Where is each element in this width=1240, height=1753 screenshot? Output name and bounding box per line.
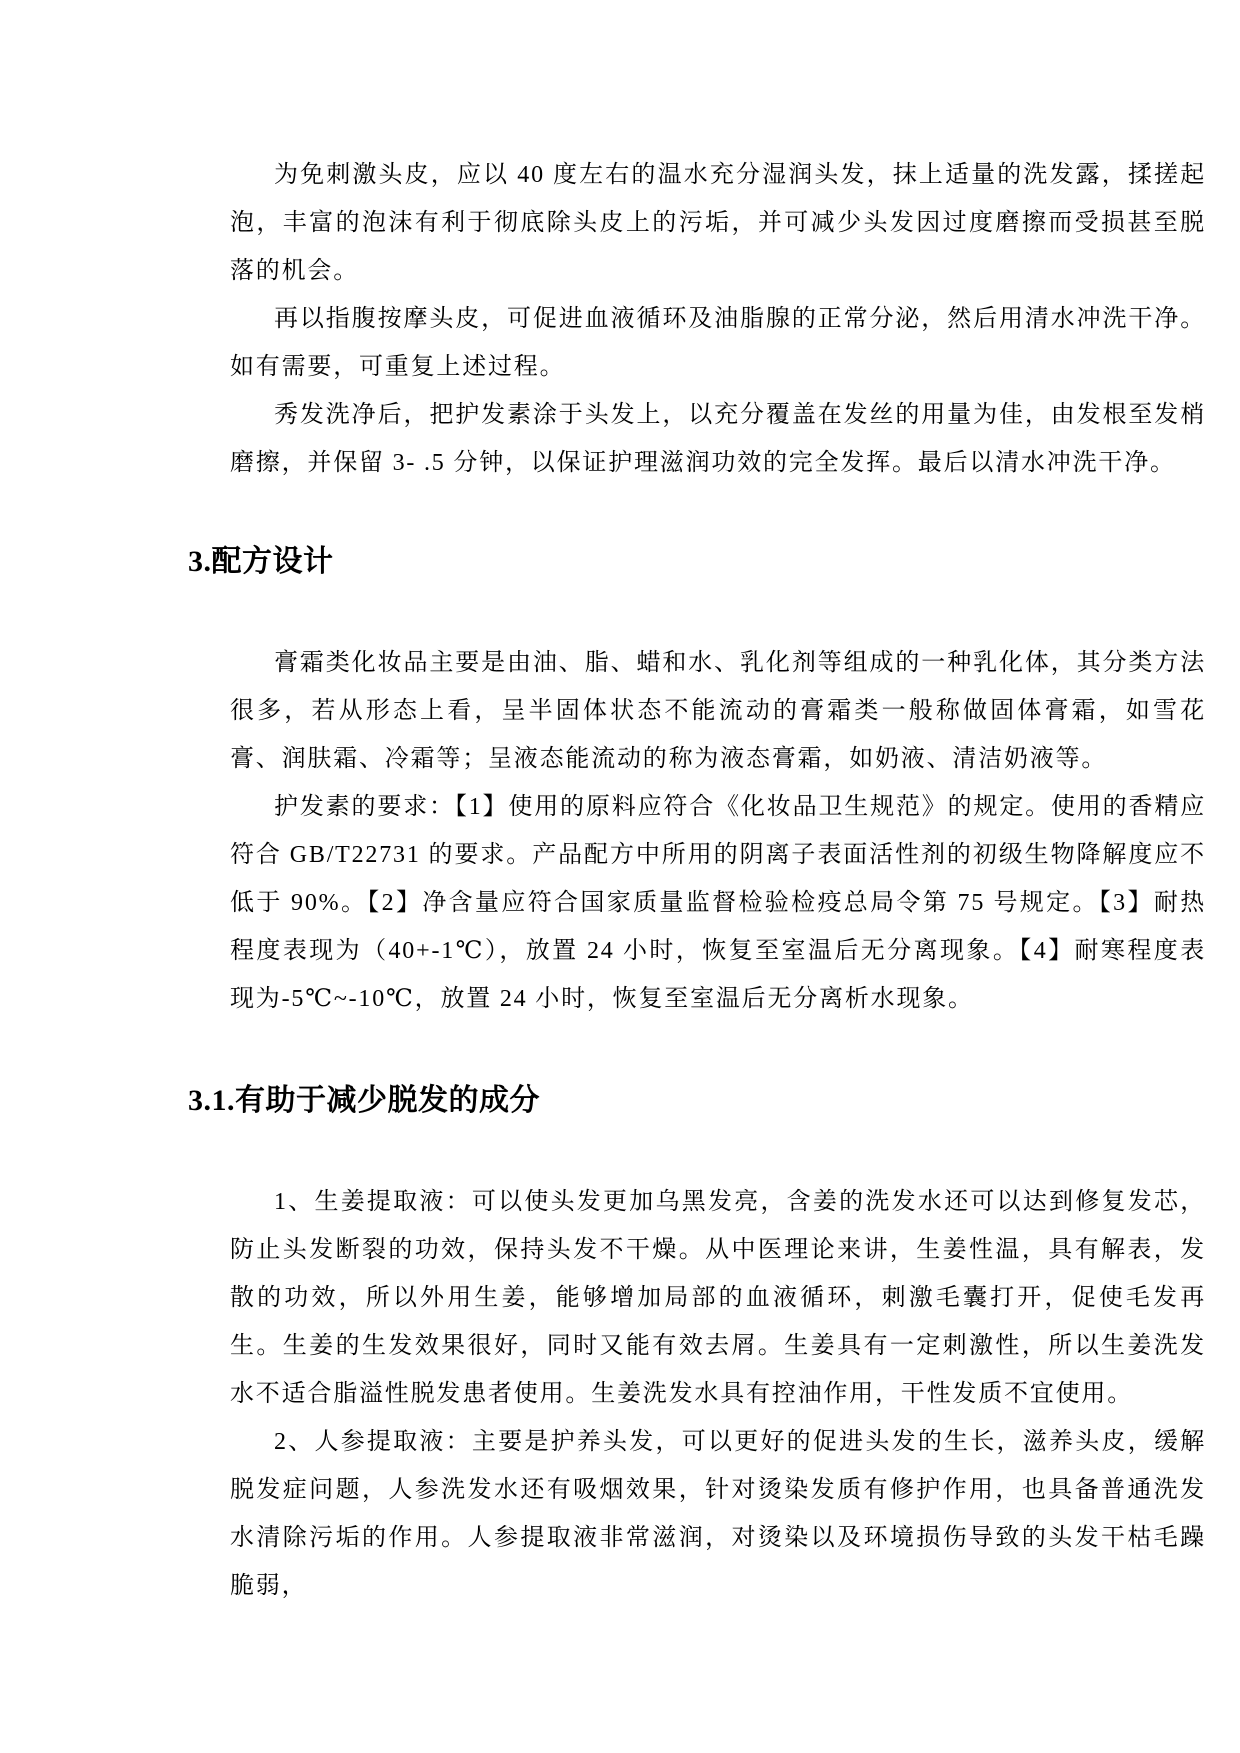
section-formula-design: 膏霜类化妆品主要是由油、脂、蜡和水、乳化剂等组成的一种乳化体，其分类方法很多，若… <box>230 639 1206 1023</box>
paragraph-conditioner-usage: 秀发洗净后，把护发素涂于头发上，以充分覆盖在发丝的用量为佳，由发根至发梢磨擦，并… <box>230 391 1206 487</box>
heading-formula-design: 3.配方设计 <box>188 540 1206 584</box>
paragraph-washing-foam: 为免刺激头皮，应以 40 度左右的温水充分湿润头发，抹上适量的洗发露，揉搓起泡，… <box>230 151 1206 295</box>
paragraph-scalp-massage: 再以指腹按摩头皮，可促进血液循环及油脂腺的正常分泌，然后用清水冲洗干净。如有需要… <box>230 295 1206 391</box>
paragraph-cream-cosmetics: 膏霜类化妆品主要是由油、脂、蜡和水、乳化剂等组成的一种乳化体，其分类方法很多，若… <box>230 639 1206 783</box>
section-washing-instructions: 为免刺激头皮，应以 40 度左右的温水充分湿润头发，抹上适量的洗发露，揉搓起泡，… <box>230 151 1206 487</box>
section-anti-hair-loss: 1、生姜提取液：可以使头发更加乌黑发亮，含姜的洗发水还可以达到修复发芯，防止头发… <box>230 1178 1206 1610</box>
paragraph-ginger-extract: 1、生姜提取液：可以使头发更加乌黑发亮，含姜的洗发水还可以达到修复发芯，防止头发… <box>230 1178 1206 1418</box>
heading-anti-hair-loss-ingredients: 3.1.有助于减少脱发的成分 <box>188 1079 1206 1123</box>
paragraph-conditioner-requirements: 护发素的要求：【1】使用的原料应符合《化妆品卫生规范》的规定。使用的香精应符合 … <box>230 783 1206 1023</box>
paragraph-ginseng-extract: 2、人参提取液：主要是护养头发，可以更好的促进头发的生长，滋养头皮，缓解脱发症问… <box>230 1418 1206 1610</box>
document-page: 为免刺激头皮，应以 40 度左右的温水充分湿润头发，抹上适量的洗发露，揉搓起泡，… <box>0 0 1240 1753</box>
